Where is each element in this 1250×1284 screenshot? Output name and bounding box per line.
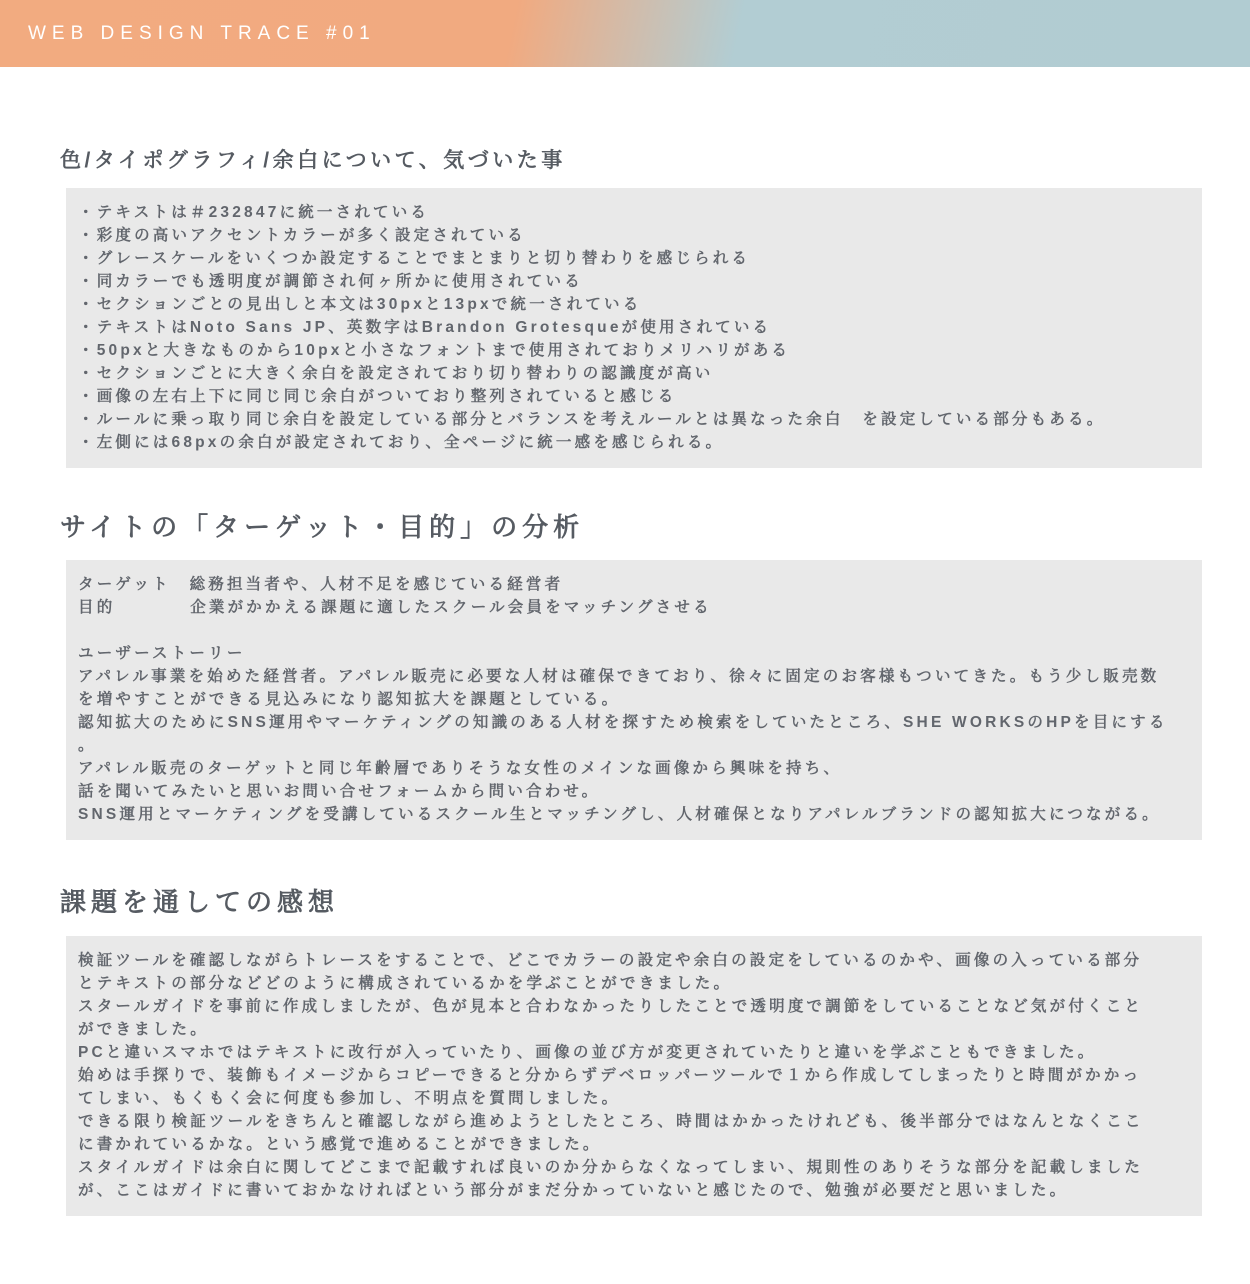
main-content: 色/タイポグラフィ/余白について、気づいた事 ・テキストは＃232847に統一さ… [0, 145, 1250, 1216]
note-box-color-typography: ・テキストは＃232847に統一されている ・彩度の高いアクセントカラーが多く設… [66, 188, 1202, 468]
banner-title: WEB DESIGN TRACE #01 [28, 23, 376, 45]
section-reflection: 課題を通しての感想 検証ツールを確認しながらトレースをすることで、どこでカラーの… [0, 883, 1250, 1216]
section-heading-reflection: 課題を通しての感想 [60, 883, 1250, 921]
page: WEB DESIGN TRACE #01 色/タイポグラフィ/余白について、気づ… [0, 0, 1250, 1284]
note-box-reflection: 検証ツールを確認しながらトレースをすることで、どこでカラーの設定や余白の設定をし… [66, 936, 1202, 1216]
section-heading-color-typography: 色/タイポグラフィ/余白について、気づいた事 [60, 145, 1250, 176]
header-banner: WEB DESIGN TRACE #01 [0, 0, 1250, 67]
section-heading-target-purpose: サイトの「ターゲット・目的」の分析 [60, 508, 1250, 546]
note-box-target-purpose: ターゲット 総務担当者や、人材不足を感じている経営者 目的 企業がかかえる課題に… [66, 560, 1202, 840]
section-target-purpose: サイトの「ターゲット・目的」の分析 ターゲット 総務担当者や、人材不足を感じてい… [0, 508, 1250, 840]
section-color-typography: 色/タイポグラフィ/余白について、気づいた事 ・テキストは＃232847に統一さ… [0, 145, 1250, 468]
